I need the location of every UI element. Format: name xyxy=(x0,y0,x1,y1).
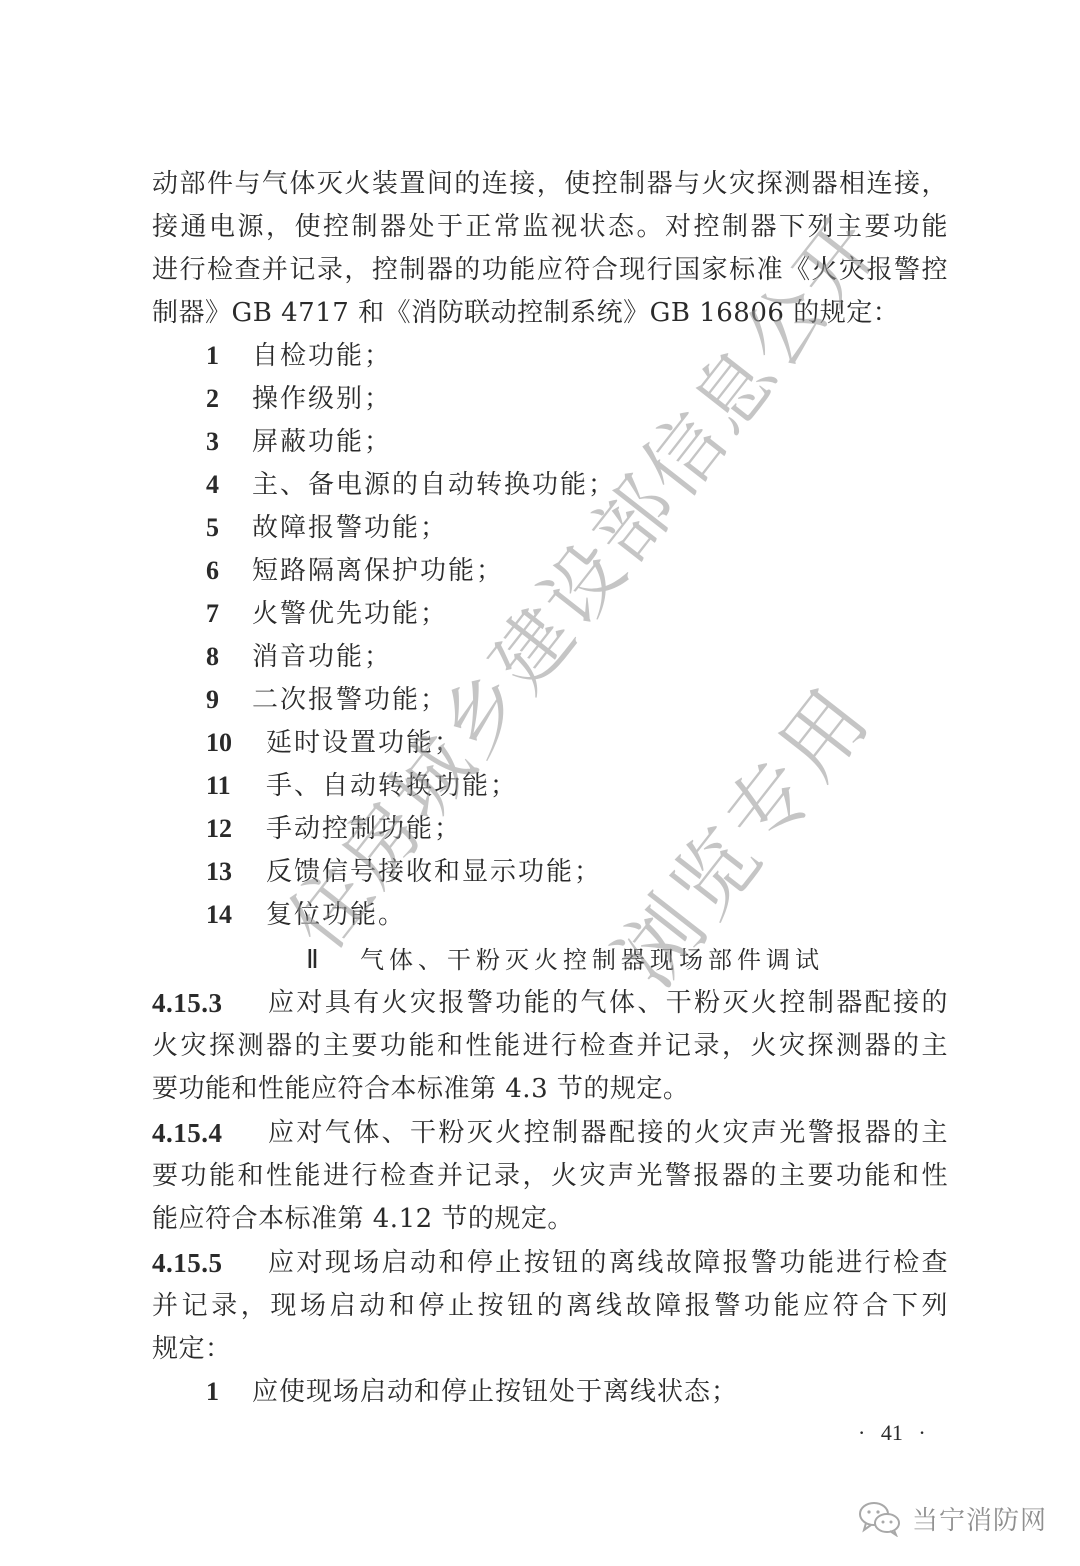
item-text: 短路隔离保护功能； xyxy=(252,555,504,587)
clause-line: 能应符合本标准第 4.12 节的规定。 xyxy=(152,1203,574,1235)
item-number: 11 xyxy=(206,770,231,802)
item-text: 复位功能。 xyxy=(266,899,406,931)
item-number: 6 xyxy=(206,555,219,587)
item-number: 1 xyxy=(206,340,219,372)
intro-line: 动部件与气体灭火装置间的连接，使控制器与火灾探测器相连接， xyxy=(152,168,948,200)
item-text: 反馈信号接收和显示功能； xyxy=(266,856,602,888)
item-number: 12 xyxy=(206,813,232,845)
item-number: 8 xyxy=(206,641,219,673)
item-text: 延时设置功能； xyxy=(266,727,462,759)
clause-line: 规定： xyxy=(152,1333,232,1365)
item-number: 3 xyxy=(206,426,219,458)
item-number: 7 xyxy=(206,598,219,630)
item-number: 5 xyxy=(206,512,219,544)
item-text: 消音功能； xyxy=(252,641,392,673)
section-numeral: Ⅱ xyxy=(306,945,324,975)
page-number: · 41 · xyxy=(858,1420,926,1446)
item-number: 4 xyxy=(206,469,219,501)
item-text: 操作级别； xyxy=(252,383,392,415)
clause-number: 4.15.5 xyxy=(152,1247,223,1279)
item-number: 9 xyxy=(206,684,219,716)
footer-source: 当宁消防网 xyxy=(858,1500,1047,1537)
wechat-icon xyxy=(858,1501,902,1537)
item-text: 二次报警功能； xyxy=(252,684,448,716)
item-text: 手动控制功能； xyxy=(266,813,462,845)
item-text: 自检功能； xyxy=(252,340,392,372)
section-title: 气体、干粉灭火控制器现场部件调试 xyxy=(360,945,824,975)
intro-line: 进行检查并记录，控制器的功能应符合现行国家标准《火灾报警控 xyxy=(152,254,948,286)
source-name: 当宁消防网 xyxy=(912,1500,1047,1537)
sub-item-number: 1 xyxy=(206,1376,219,1408)
intro-line: 制器》GB 4717 和《消防联动控制系统》GB 16806 的规定： xyxy=(152,297,899,329)
item-number: 13 xyxy=(206,856,232,888)
item-text: 火警优先功能； xyxy=(252,598,448,630)
clause-number: 4.15.3 xyxy=(152,987,223,1019)
item-number: 10 xyxy=(206,727,232,759)
clause-line: 应对气体、干粉灭火控制器配接的火灾声光警报器的主 xyxy=(268,1117,948,1149)
document-page: 动部件与气体灭火装置间的连接，使控制器与火灾探测器相连接， 接通电源，使控制器处… xyxy=(0,0,1080,1566)
item-text: 主、备电源的自动转换功能； xyxy=(252,469,616,501)
sub-item-text: 应使现场启动和停止按钮处于离线状态； xyxy=(252,1376,738,1408)
intro-line: 接通电源，使控制器处于正常监视状态。对控制器下列主要功能 xyxy=(152,211,948,243)
clause-line: 应对现场启动和停止按钮的离线故障报警功能进行检查 xyxy=(268,1247,948,1279)
item-text: 手、自动转换功能； xyxy=(266,770,518,802)
item-text: 屏蔽功能； xyxy=(252,426,392,458)
clause-number: 4.15.4 xyxy=(152,1117,223,1149)
clause-line: 要功能和性能进行检查并记录，火灾声光警报器的主要功能和性 xyxy=(152,1160,948,1192)
item-text: 故障报警功能； xyxy=(252,512,448,544)
clause-line: 火灾探测器的主要功能和性能进行检查并记录，火灾探测器的主 xyxy=(152,1030,948,1062)
clause-line: 并记录，现场启动和停止按钮的离线故障报警功能应符合下列 xyxy=(152,1290,948,1322)
item-number: 14 xyxy=(206,899,232,931)
clause-line: 应对具有火灾报警功能的气体、干粉灭火控制器配接的 xyxy=(268,987,948,1019)
clause-line: 要功能和性能应符合本标准第 4.3 节的规定。 xyxy=(152,1073,689,1105)
item-number: 2 xyxy=(206,383,219,415)
